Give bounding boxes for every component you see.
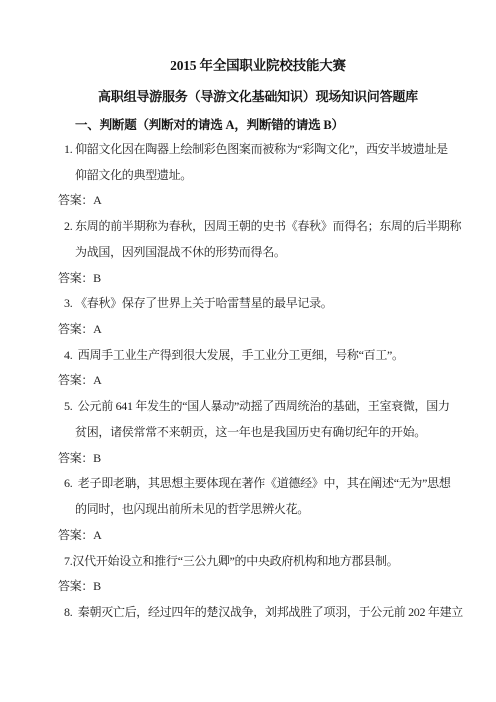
question-line: 2. 东周的前半期称为春秋，因周王朝的史书《春秋》而得名；东周的后半期称 — [58, 214, 458, 240]
question-6: 6. 老子即老聃，其思想主要体现在著作《道德经》中，其在阐述“无为”思想 的同时… — [58, 471, 458, 548]
question-1: 1. 仰韶文化因在陶器上绘制彩色图案而被称为“彩陶文化”，西安半坡遗址是 仰韶文… — [58, 137, 458, 214]
question-7: 7.汉代开始设立和推行“三公九卿”的中央政府机构和地方郡县制。 答案：B — [58, 549, 458, 600]
question-line: 6. 老子即老聃，其思想主要体现在著作《道德经》中，其在阐述“无为”思想 — [58, 471, 458, 497]
doc-title: 2015 年全国职业院校技能大赛 — [58, 58, 458, 74]
section-heading: 一、判断题（判断对的请选 A，判断错的请选 B） — [58, 117, 458, 133]
question-line: 5. 公元前 641 年发生的“国人暴动”动摇了西周统治的基础，王室衰微，国力 — [58, 394, 458, 420]
answer-line: 答案：B — [58, 266, 458, 292]
question-line: 1. 仰韶文化因在陶器上绘制彩色图案而被称为“彩陶文化”，西安半坡遗址是 — [58, 137, 458, 163]
answer-line: 答案：A — [58, 188, 458, 214]
question-list: 1. 仰韶文化因在陶器上绘制彩色图案而被称为“彩陶文化”，西安半坡遗址是 仰韶文… — [58, 137, 458, 626]
answer-line: 答案：A — [58, 523, 458, 549]
question-line: 3. 《春秋》保存了世界上关于哈雷彗星的最早记录。 — [58, 291, 458, 317]
question-line: 为战国，因列国混战不休的形势而得名。 — [58, 240, 458, 266]
question-3: 3. 《春秋》保存了世界上关于哈雷彗星的最早记录。 答案：A — [58, 291, 458, 342]
answer-line: 答案：A — [58, 317, 458, 343]
question-line: 4. 西周手工业生产得到很大发展，手工业分工更细，号称“百工”。 — [58, 343, 458, 369]
question-line: 7.汉代开始设立和推行“三公九卿”的中央政府机构和地方郡县制。 — [58, 549, 458, 575]
question-line: 仰韶文化的典型遗址。 — [58, 163, 458, 189]
question-8: 8. 秦朝灭亡后，经过四年的楚汉战争，刘邦战胜了项羽，于公元前 202 年建立 — [58, 600, 458, 626]
question-line: 8. 秦朝灭亡后，经过四年的楚汉战争，刘邦战胜了项羽，于公元前 202 年建立 — [58, 600, 458, 626]
question-5: 5. 公元前 641 年发生的“国人暴动”动摇了西周统治的基础，王室衰微，国力 … — [58, 394, 458, 471]
question-4: 4. 西周手工业生产得到很大发展，手工业分工更细，号称“百工”。 答案：A — [58, 343, 458, 394]
document-content: 2015 年全国职业院校技能大赛 高职组导游服务（导游文化基础知识）现场知识问答… — [58, 58, 458, 626]
answer-line: 答案：A — [58, 368, 458, 394]
answer-line: 答案：B — [58, 574, 458, 600]
doc-subtitle: 高职组导游服务（导游文化基础知识）现场知识问答题库 — [58, 89, 458, 105]
question-line: 贫困，诸侯常常不来朝贡，这一年也是我国历史有确切纪年的开始。 — [58, 420, 458, 446]
question-line: 的同时，也闪现出前所未见的哲学思辨火花。 — [58, 497, 458, 523]
question-2: 2. 东周的前半期称为春秋，因周王朝的史书《春秋》而得名；东周的后半期称 为战国… — [58, 214, 458, 291]
answer-line: 答案：B — [58, 446, 458, 472]
document-page: 2015 年全国职业院校技能大赛 高职组导游服务（导游文化基础知识）现场知识问答… — [0, 0, 496, 702]
